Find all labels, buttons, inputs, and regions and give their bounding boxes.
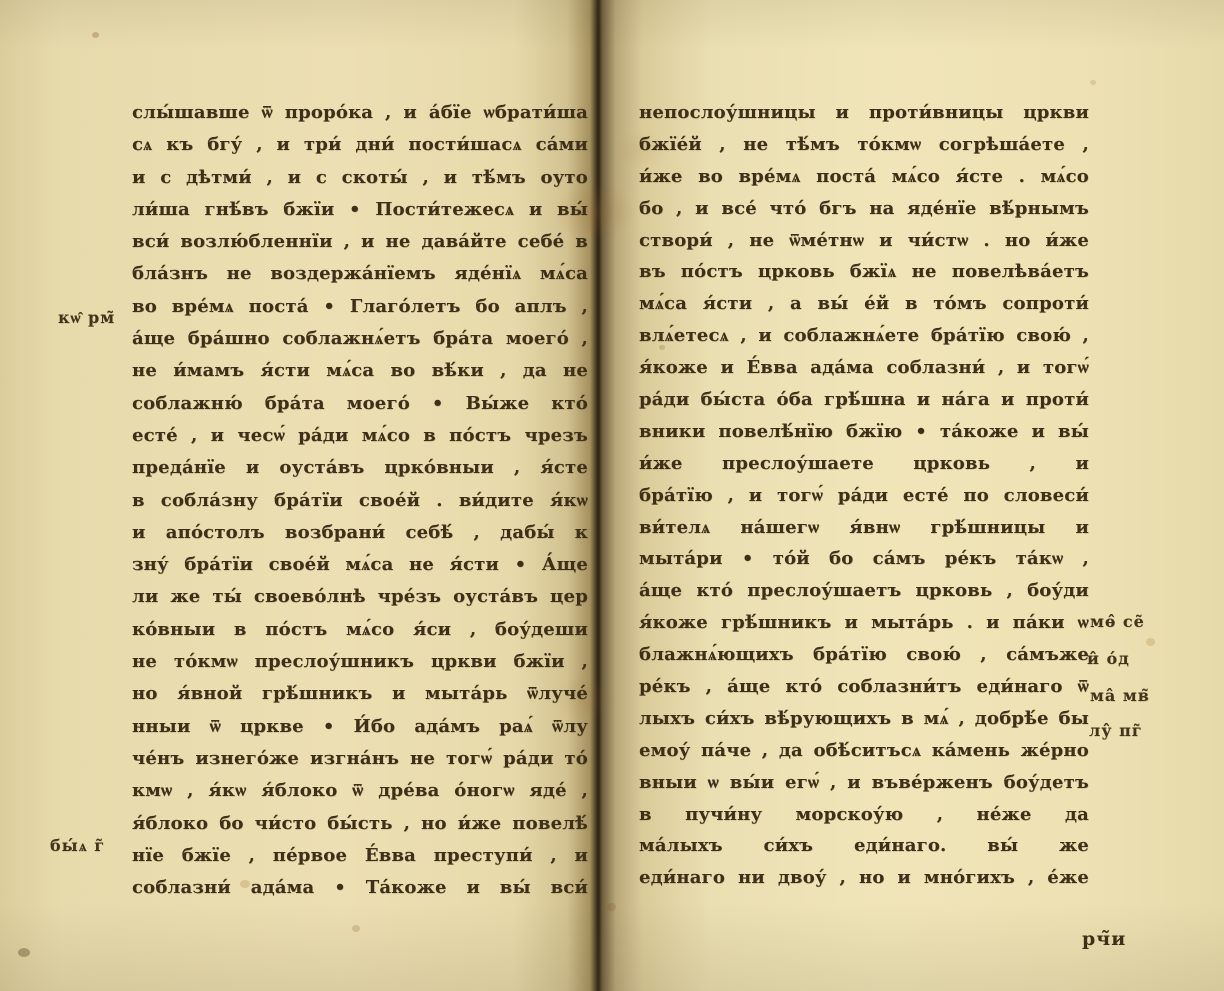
text-line: я́коже грѣ́шникъ и мыта́рь . и па́ки ѡ с…	[639, 607, 1089, 639]
text-line: ко́вныи в по́стъ мѧ́со я́си , боу́деши	[132, 614, 588, 646]
text-line: и апо́столъ возбрани́ себѣ́ , дабы́ к со…	[132, 517, 588, 549]
text-line: я́блоко бо чи́сто бы́сть , но и́же повел…	[132, 808, 588, 840]
text-line: есте́ , и чесѡ́ ра́ди мѧ́со в по́стъ чре…	[132, 420, 588, 452]
margin-note-reference: и̂ о́д	[1087, 649, 1130, 668]
text-line: ви́телѧ на́шегѡ я́внѡ грѣ́шницы и	[639, 512, 1089, 544]
text-line: вси́ возлю́бленнїи , и не дава́йте себе́…	[132, 226, 588, 258]
text-line: створи́ , не ѿме́тнѡ и чи́стѡ . но и́же	[639, 225, 1089, 257]
text-line: не и́мамъ я́сти мѧ́са во вѣ́ки , да не	[132, 355, 588, 387]
left-page-text-column: слы́шавше ѿ проро́ка , и а́бїе ѡбрати́ша…	[132, 97, 588, 904]
text-line: не то́кмѡ преслоу́шникъ цркви бжїи ,	[132, 646, 588, 678]
right-page: непослоу́шницы и проти́вницы црквибжїе́й…	[604, 0, 1224, 991]
text-line: а́ще кто́ преслоу́шаетъ црковь , боу́ди	[639, 575, 1089, 607]
text-line: зну́ бра́тїи свое́й мѧ́са не я́сти • А́щ…	[132, 549, 588, 581]
text-line: во вре́мѧ поста́ • Глаго́летъ бо аплъ ,	[132, 291, 588, 323]
text-line: вники повелѣ́нїю бжїю • та́коже и вы́	[639, 416, 1089, 448]
text-line: че́нъ изнего́же изгна́нъ не тогѡ́ ра́ди …	[132, 743, 588, 775]
text-line: въ по́стъ црковь бжїѧ не повелѣва́етъ	[639, 256, 1089, 288]
text-line: нныи ѿ цркве • И́бо ада́мъ раѧ́ ѿлу	[132, 711, 588, 743]
text-line: лыхъ си́хъ вѣ́рующихъ в мѧ́ , добрѣ́е бы	[639, 703, 1089, 735]
text-line: ма́лыхъ си́хъ еди́наго. вы́ же соблажнѧ́…	[639, 830, 1089, 862]
left-page: слы́шавше ѿ проро́ка , и а́бїе ѡбрати́ша…	[0, 0, 598, 991]
text-line: и́же преслоу́шаете црковь , и соблажнѧ́е…	[639, 448, 1089, 480]
text-line: вныи ѡ вы́и егѡ́ , и въве́рженъ боу́детъ	[639, 767, 1089, 799]
text-line: бжїе́й , не тѣ́мъ то́кмѡ согрѣша́ете ,	[639, 129, 1089, 161]
text-line: я́коже и Е́вва ада́ма соблазни́ , и тогѡ…	[639, 352, 1089, 384]
text-line: соблазни́ ада́ма • Та́коже и вы́ вси́	[132, 872, 588, 904]
text-line: и́же во вре́мѧ поста́ мѧ́со я́сте . мѧ́с…	[639, 161, 1089, 193]
text-line: еди́наго ни двоу́ , но и мно́гихъ , е́же	[639, 862, 1089, 894]
text-line: преда́нїе и оуста́въ црко́вныи , я́сте	[132, 452, 588, 484]
text-line: ли́ша гнѣ́въ бжїи • Пости́тежесѧ и вы́	[132, 194, 588, 226]
text-line: непослоу́шницы и проти́вницы цркви	[639, 97, 1089, 129]
text-line: влѧ́етесѧ , и соблажнѧ́ете бра́тїю свою́…	[639, 320, 1089, 352]
text-line: в пучи́ну морскоу́ю , не́же да соблазни́…	[639, 799, 1089, 831]
margin-note-reference: бы́ѧ г̃	[50, 836, 105, 856]
margin-note-reference: ма̂ мв̃	[1090, 686, 1150, 705]
margin-note-reference: лу̂ пг̃	[1089, 721, 1143, 740]
text-line: нїе бжїе , пе́рвое Е́вва преступи́ , и п…	[132, 840, 588, 872]
text-line: ре́къ , а́ще кто́ соблазни́тъ еди́наго ѿ…	[639, 671, 1089, 703]
text-line: ли же ты́ своево́лнѣ чре́зъ оуста́въ цер	[132, 581, 588, 613]
text-line: а́ще бра́шно соблажнѧ́етъ бра́та моего́ …	[132, 323, 588, 355]
text-line: блажнѧ́ющихъ бра́тїю свою́ , са́мъже гдь	[639, 639, 1089, 671]
text-line: мѧ́са я́сти , а вы́ е́й в то́мъ сопроти́	[639, 288, 1089, 320]
margin-note-reference: мѳ̂ се̃	[1090, 612, 1145, 631]
text-line: бра́тїю , и тогѡ́ ра́ди есте́ по словеси…	[639, 480, 1089, 512]
folio-number: рч̃и	[1082, 928, 1126, 950]
text-line: слы́шавше ѿ проро́ка , и а́бїе ѡбрати́ша	[132, 97, 588, 129]
text-line: сѧ къ бгу́ , и три́ дни́ пости́шасѧ са́м…	[132, 129, 588, 161]
text-line: бо , и все́ что́ бгъ на яде́нїе вѣ́рнымъ	[639, 193, 1089, 225]
margin-note-reference: кѡ̂ рм̃	[58, 308, 115, 328]
text-line: мыта́ри • то́й бо са́мъ ре́къ та́кѡ ,	[639, 543, 1089, 575]
text-line: но я́вной грѣ́шникъ и мыта́рь ѿлуче́	[132, 678, 588, 710]
book-spread: слы́шавше ѿ проро́ка , и а́бїе ѡбрати́ша…	[0, 0, 1224, 991]
text-line: и с дѣтми́ , и с скоты́ , и тѣ́мъ оуто	[132, 162, 588, 194]
text-line: емоу́ па́че , да обѣ́ситъсѧ ка́мень же́р…	[639, 735, 1089, 767]
text-line: соблажню́ бра́та моего́ • Вы́же кто́	[132, 388, 588, 420]
right-page-text-column: непослоу́шницы и проти́вницы црквибжїе́й…	[639, 97, 1089, 894]
text-line: бла́знъ не воздержа́нїемъ яде́нїѧ мѧ́са	[132, 258, 588, 290]
text-line: кмѡ , я́кѡ я́блоко ѿ дре́ва о́ногѡ яде́ …	[132, 775, 588, 807]
text-line: ра́ди бы́ста о́ба грѣ́шна и на́га и прот…	[639, 384, 1089, 416]
text-line: в собла́зну бра́тїи свое́й . ви́дите я́к…	[132, 485, 588, 517]
